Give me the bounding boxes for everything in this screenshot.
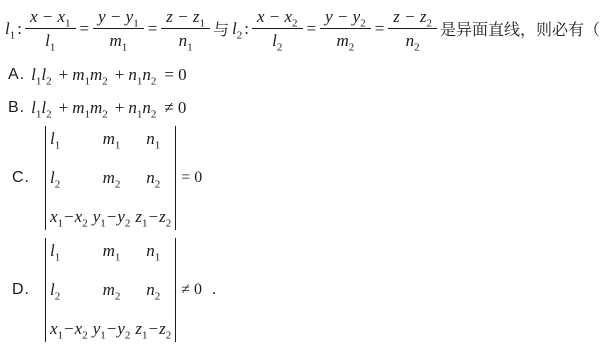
subscript: 1 <box>55 139 61 151</box>
determinant: l1 m1 n1 l2 m2 n2 x1−x2 y1−y2 z1−z2 <box>45 238 176 342</box>
var: m <box>72 65 84 84</box>
fraction-denominator: m2 <box>337 29 355 51</box>
minus-sign: − <box>107 207 117 226</box>
matrix-cell: n1 <box>146 241 160 261</box>
fraction-l2-z: z − z2 n2 <box>388 6 437 52</box>
subscript: 2 <box>166 217 172 229</box>
relation-not-equals-zero: ≠ 0 <box>164 98 186 118</box>
var: n <box>142 98 151 117</box>
matrix-cell: n2 <box>146 168 160 188</box>
option-d: D. l1 m1 n1 l2 m2 n2 x1−x2 y1−y2 z1−z2 ≠… <box>12 238 611 342</box>
product-term: m1m2 <box>72 65 108 85</box>
denominator-var: m <box>337 31 349 50</box>
var: y <box>117 207 125 226</box>
var: m <box>103 168 115 187</box>
matrix-cell: n1 <box>146 129 160 149</box>
sentence-period: . <box>212 281 216 299</box>
subscript: 1 <box>55 251 61 263</box>
numerator-expr: x − x <box>257 7 292 26</box>
numerator-expr: y − y <box>98 7 133 26</box>
option-a-label: A. <box>8 66 25 84</box>
fraction-numerator: y − y1 <box>93 6 144 29</box>
subscript: 2 <box>125 217 131 229</box>
var: n <box>146 280 155 299</box>
plus-sign: + <box>59 65 69 85</box>
minus-sign: − <box>149 319 159 338</box>
determinant-matrix: l1 m1 n1 l2 m2 n2 x1−x2 y1−y2 z1−z2 <box>46 126 175 230</box>
option-a: A. l1l2 + m1m2 + n1n2 = 0 <box>8 65 611 85</box>
var: n <box>146 241 155 260</box>
relation-not-equals-zero: ≠ 0 <box>181 281 202 299</box>
line1-symbol-subscript: 1 <box>10 29 16 41</box>
matrix-cell: z1−z2 <box>135 207 171 227</box>
var: n <box>128 65 137 84</box>
plus-sign: + <box>59 98 69 118</box>
fraction-numerator: z − z2 <box>388 6 437 29</box>
numerator-subscript: 1 <box>199 17 205 29</box>
question-tail-text: 是异面直线，则必有（ ）. <box>440 17 611 40</box>
denominator-subscript: 2 <box>277 42 283 54</box>
equals-sign: = <box>307 19 317 39</box>
subscript: 1 <box>100 217 106 229</box>
var: m <box>103 280 115 299</box>
subscript: 2 <box>155 178 161 190</box>
var: m <box>103 241 115 260</box>
matrix-cell: l1 <box>50 129 60 149</box>
matrix-cell: m1 <box>103 241 121 261</box>
subscript: 2 <box>125 329 131 341</box>
colon: : <box>244 19 249 39</box>
numerator-subscript: 2 <box>360 17 366 29</box>
numerator-expr: x − x <box>30 7 65 26</box>
fraction-numerator: z − z1 <box>161 6 210 29</box>
product-term: n1n2 <box>128 98 156 118</box>
var: z <box>159 207 166 226</box>
subscript: 2 <box>166 329 172 341</box>
denominator-subscript: 1 <box>187 42 193 54</box>
subscript: 1 <box>115 251 121 263</box>
fraction-denominator: m1 <box>110 29 128 51</box>
subscript: 1 <box>115 139 121 151</box>
product-term: l1l2 <box>31 98 51 118</box>
subscript: 2 <box>82 329 88 341</box>
matrix-cell: l1 <box>50 241 60 261</box>
option-c-label: C. <box>12 169 30 187</box>
var: z <box>159 319 166 338</box>
option-d-label: D. <box>12 281 30 299</box>
subscript: 1 <box>100 329 106 341</box>
var: m <box>90 65 102 84</box>
subscript: 2 <box>102 108 108 120</box>
subscript: 1 <box>58 217 64 229</box>
denominator-subscript: 2 <box>414 42 420 54</box>
fraction-numerator: x − x2 <box>252 6 303 29</box>
matrix-cell: l2 <box>50 168 60 188</box>
equals-sign: = <box>80 19 90 39</box>
fraction-l1-z: z − z1 n1 <box>161 6 210 52</box>
product-term: l1l2 <box>31 65 51 85</box>
fraction-numerator: y − y2 <box>320 6 371 29</box>
product-term: n1n2 <box>128 65 156 85</box>
line2-symbol-subscript: 2 <box>237 29 243 41</box>
subscript: 1 <box>155 251 161 263</box>
option-b: B. l1l2 + m1m2 + n1n2 ≠ 0 <box>8 98 611 118</box>
subscript: 1 <box>142 329 148 341</box>
numerator-expr: y − y <box>325 7 360 26</box>
math-question-document: l1 : x − x1 l1 = y − y1 m1 = z − z1 n1 与… <box>0 0 611 361</box>
minus-sign: − <box>64 207 74 226</box>
option-b-label: B. <box>8 99 25 117</box>
subscript: 2 <box>115 290 121 302</box>
var: n <box>142 65 151 84</box>
var: n <box>146 168 155 187</box>
equals-sign: = <box>148 19 158 39</box>
var: z <box>135 319 142 338</box>
subscript: 1 <box>58 329 64 341</box>
fraction-denominator: l2 <box>272 29 282 51</box>
fraction-l1-y: y − y1 m1 <box>93 6 144 52</box>
var: n <box>128 98 137 117</box>
denominator-var: n <box>179 31 188 50</box>
fraction-numerator: x − x1 <box>25 6 76 29</box>
minus-sign: − <box>64 319 74 338</box>
fraction-l2-x: x − x2 l2 <box>252 6 303 52</box>
fraction-l2-y: y − y2 m2 <box>320 6 371 52</box>
matrix-cell: m2 <box>103 280 121 300</box>
matrix-cell: x1−x2 <box>50 207 88 227</box>
var: m <box>72 98 84 117</box>
matrix-cell: m1 <box>103 129 121 149</box>
subscript: 2 <box>151 108 157 120</box>
line2-symbol: l2 <box>232 19 242 39</box>
numerator-subscript: 2 <box>292 17 298 29</box>
plus-sign: + <box>115 65 125 85</box>
fraction-denominator: l1 <box>45 29 55 51</box>
matrix-cell: y1−y2 <box>93 319 131 339</box>
subscript: 2 <box>82 217 88 229</box>
product-term: m1m2 <box>72 98 108 118</box>
option-c: C. l1 m1 n1 l2 m2 n2 x1−x2 y1−y2 z1−z2 =… <box>12 126 611 230</box>
matrix-cell: z1−z2 <box>135 319 171 339</box>
subscript: 2 <box>151 75 157 87</box>
determinant: l1 m1 n1 l2 m2 n2 x1−x2 y1−y2 z1−z2 <box>45 126 176 230</box>
subscript: 2 <box>55 178 61 190</box>
var: x <box>50 319 58 338</box>
fraction-denominator: n2 <box>406 29 420 51</box>
line1-symbol: l1 <box>5 19 15 39</box>
subscript: 2 <box>115 178 121 190</box>
subscript: 2 <box>102 75 108 87</box>
denominator-var: m <box>110 31 122 50</box>
matrix-cell: l2 <box>50 280 60 300</box>
subscript: 2 <box>55 290 61 302</box>
var: y <box>117 319 125 338</box>
minus-sign: − <box>149 207 159 226</box>
denominator-subscript: 1 <box>122 42 128 54</box>
subscript: 1 <box>142 217 148 229</box>
equals-sign: = <box>375 19 385 39</box>
numerator-expr: z − z <box>166 7 199 26</box>
determinant-right-bar <box>175 238 176 342</box>
fraction-denominator: n1 <box>179 29 193 51</box>
numerator-subscript: 2 <box>426 17 432 29</box>
matrix-cell: m2 <box>103 168 121 188</box>
determinant-matrix: l1 m1 n1 l2 m2 n2 x1−x2 y1−y2 z1−z2 <box>46 238 175 342</box>
subscript: 1 <box>155 139 161 151</box>
var: m <box>90 98 102 117</box>
subscript: 2 <box>46 108 52 120</box>
var: n <box>146 129 155 148</box>
relation-equals-zero: = 0 <box>181 169 202 187</box>
plus-sign: + <box>115 98 125 118</box>
var: x <box>50 207 58 226</box>
question-stem: l1 : x − x1 l1 = y − y1 m1 = z − z1 n1 与… <box>0 0 611 52</box>
and-word: 与 <box>213 17 229 40</box>
matrix-cell: n2 <box>146 280 160 300</box>
minus-sign: − <box>107 319 117 338</box>
fraction-l1-x: x − x1 l1 <box>25 6 76 52</box>
subscript: 2 <box>46 75 52 87</box>
var: z <box>135 207 142 226</box>
var: m <box>103 129 115 148</box>
denominator-subscript: 2 <box>349 42 355 54</box>
numerator-expr: z − z <box>393 7 426 26</box>
determinant-right-bar <box>175 126 176 230</box>
matrix-cell: x1−x2 <box>50 319 88 339</box>
denominator-subscript: 1 <box>50 42 56 54</box>
denominator-var: n <box>406 31 415 50</box>
subscript: 2 <box>155 290 161 302</box>
numerator-subscript: 1 <box>133 17 139 29</box>
matrix-cell: y1−y2 <box>93 207 131 227</box>
numerator-subscript: 1 <box>65 17 71 29</box>
relation-equals-zero: = 0 <box>164 65 186 85</box>
colon: : <box>17 19 22 39</box>
